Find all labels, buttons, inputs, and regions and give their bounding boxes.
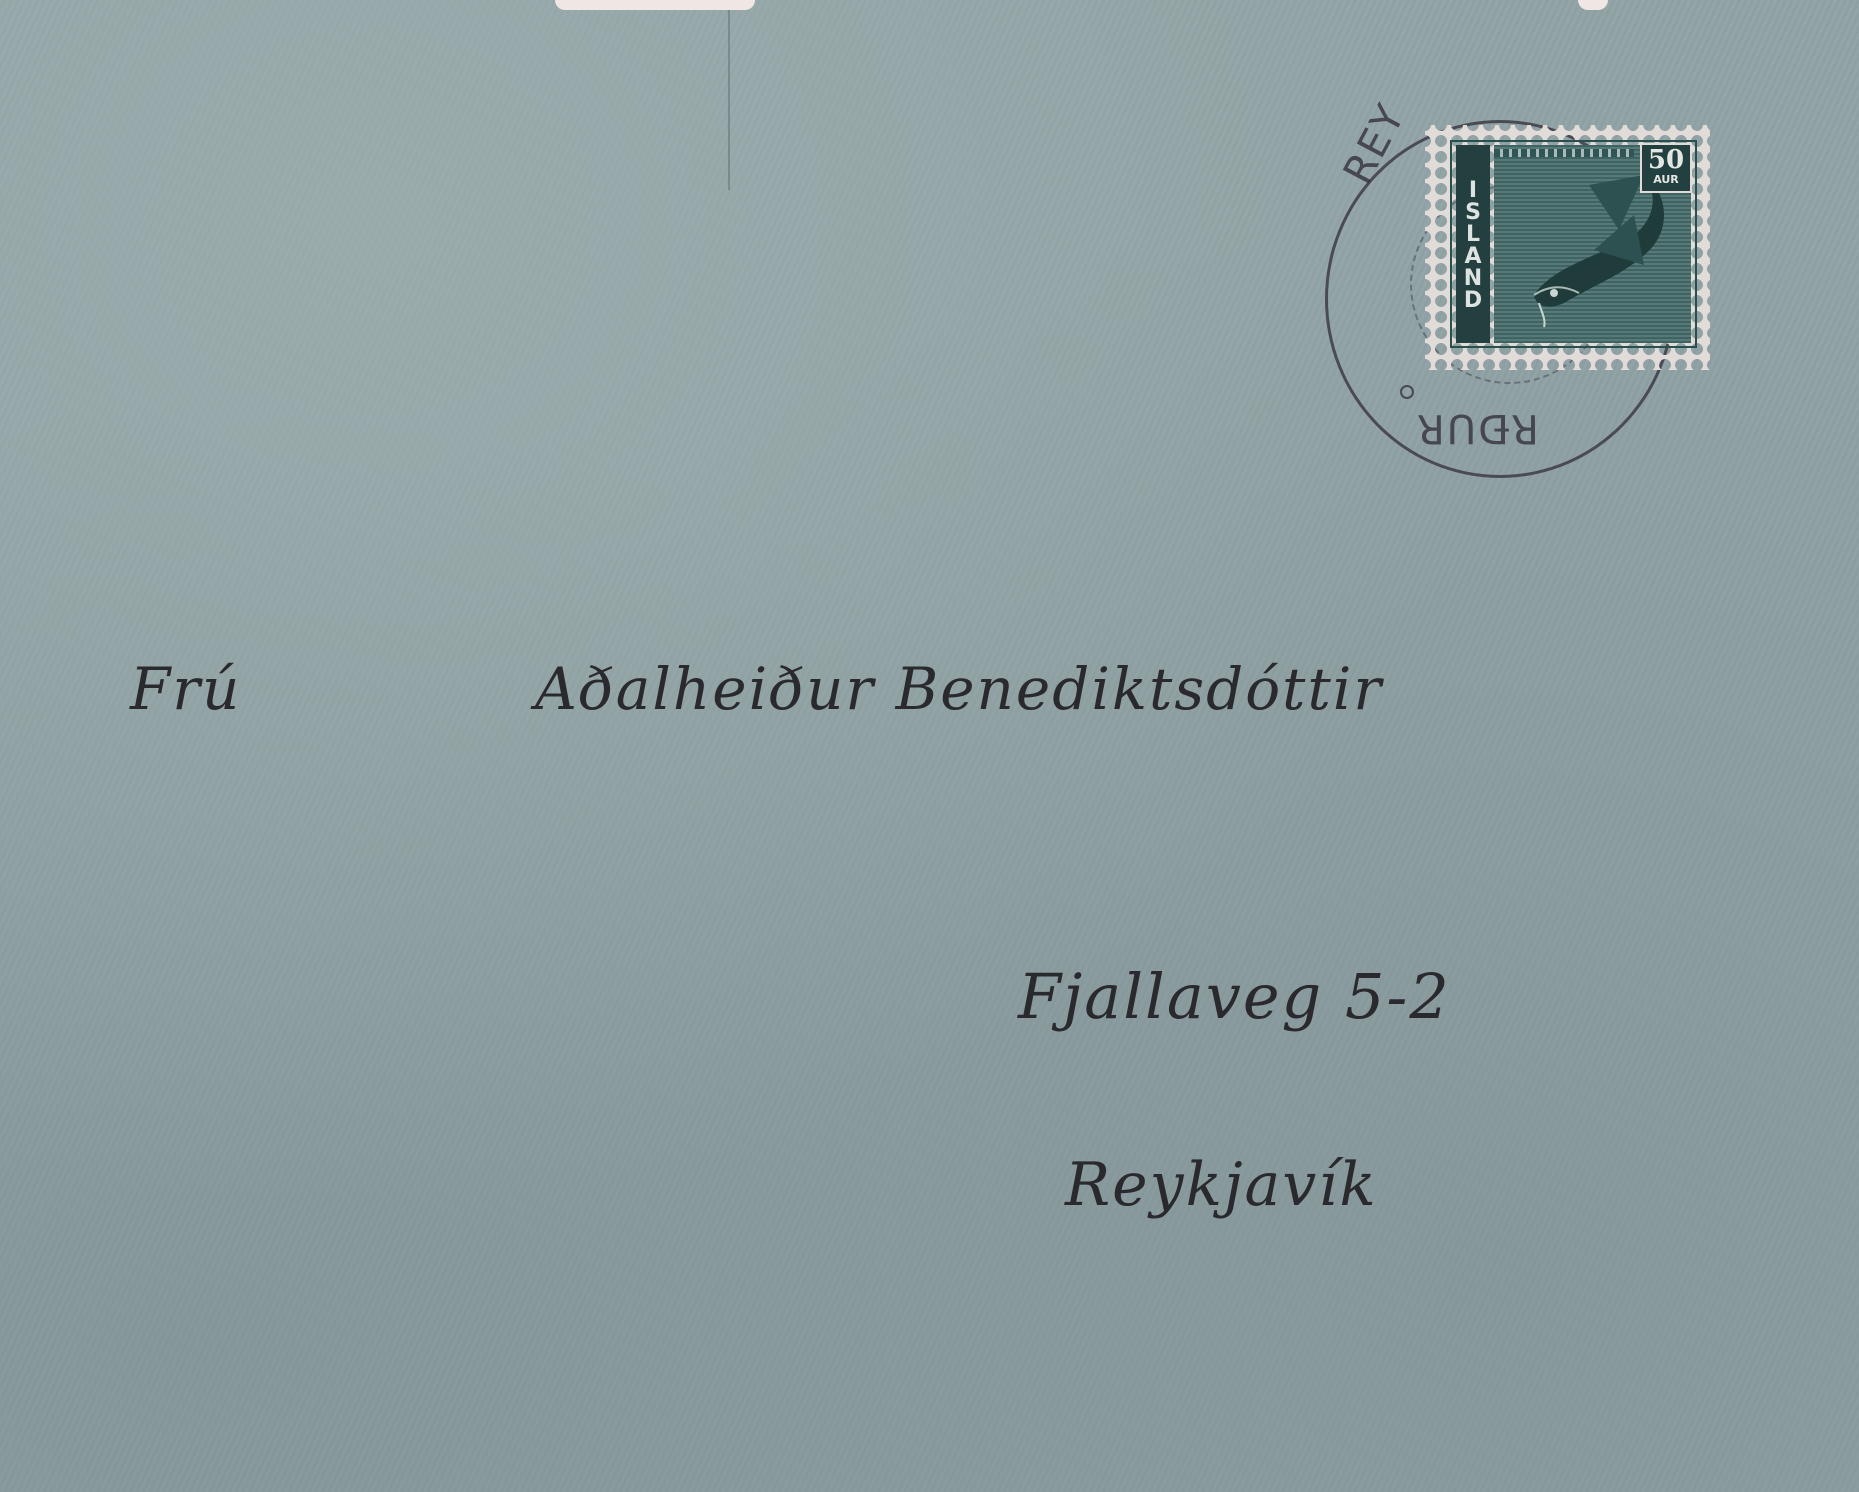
addressee-name: Aðalheiður Benediktsdóttir — [535, 655, 1383, 723]
torn-edge — [555, 0, 755, 10]
stamp-country-label: ISLAND — [1461, 178, 1486, 310]
addressee-salutation: Frú — [130, 655, 241, 723]
stamp-unit: AUR — [1642, 174, 1690, 186]
stamp-value-box: 50 AUR — [1640, 143, 1692, 193]
paper-crease — [728, 10, 730, 190]
stamp-value: 50 — [1642, 146, 1690, 174]
address-street: Fjallaveg 5-2 — [1018, 960, 1451, 1033]
address-city: Reykjavík — [1065, 1150, 1378, 1220]
stamp-country-panel: ISLAND — [1456, 145, 1490, 343]
postmark-dot — [1400, 385, 1414, 399]
postmark-text-bottom: RÐUR — [1415, 405, 1539, 451]
